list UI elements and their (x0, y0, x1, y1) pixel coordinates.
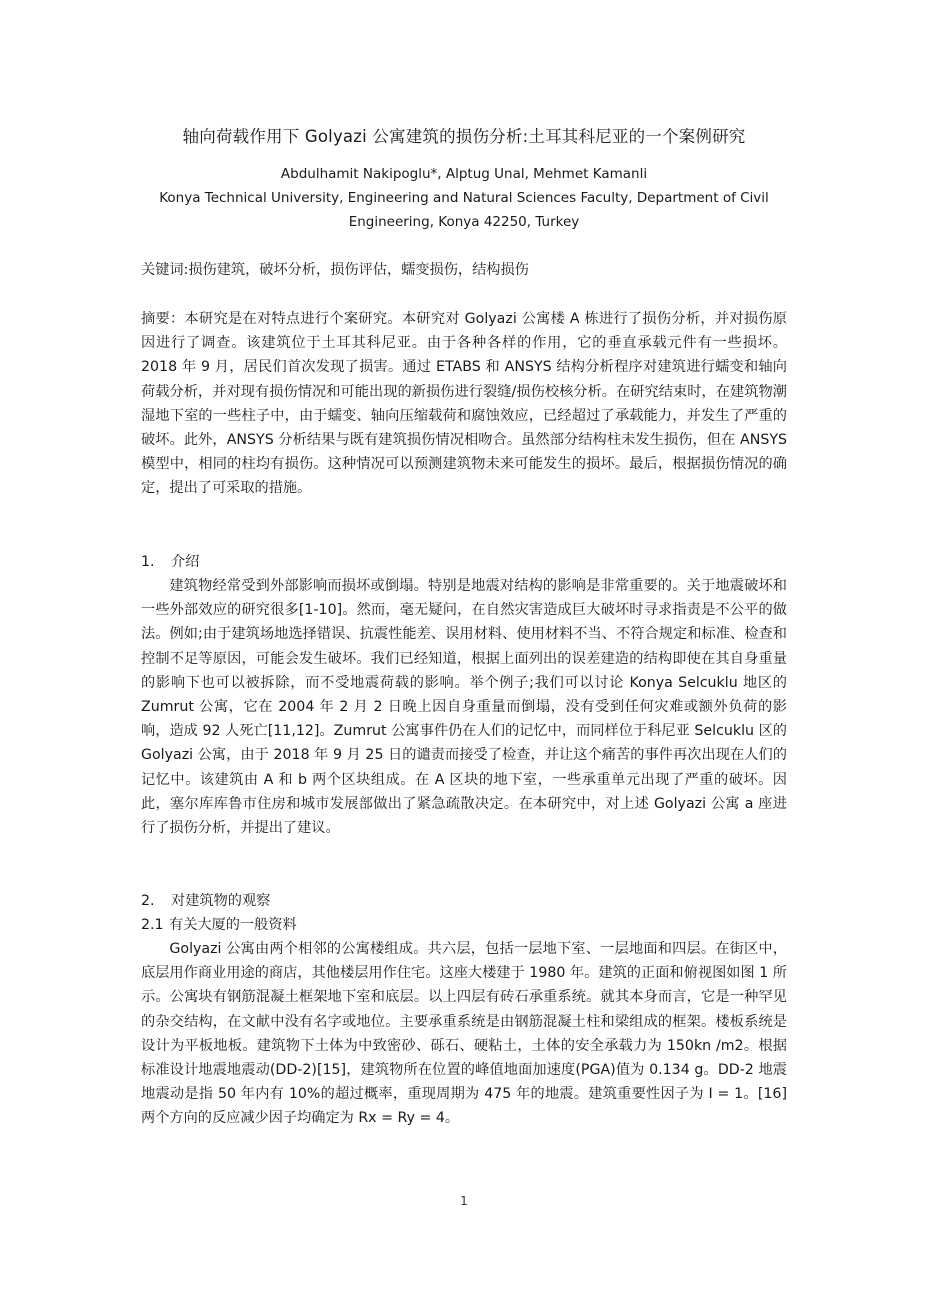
affiliation-line-1: Konya Technical University, Engineering … (141, 186, 787, 210)
section-title: 介绍 (171, 554, 199, 570)
section-heading-introduction: 1.介绍 (141, 550, 199, 574)
section-title: 对建筑物的观察 (171, 893, 270, 909)
page-number: 1 (141, 1194, 787, 1208)
general-info-body: Golyazi 公寓由两个相邻的公寓楼组成。共六层，包括一层地下室、一层地面和四… (141, 937, 787, 1131)
section-number: 2. (141, 889, 171, 913)
keywords-text: 关键词:损伤建筑，破坏分析，损伤评估，蠕变损伤，结构损伤 (141, 258, 787, 282)
section-number: 1. (141, 550, 171, 574)
subsection-heading-general-info: 2.1有关大厦的一般资料 (141, 913, 297, 937)
paper-title: 轴向荷载作用下 Golyazi 公寓建筑的损伤分析:土耳其科尼亚的一个案例研究 (141, 125, 787, 149)
subsection-number: 2.1 (141, 913, 169, 937)
introduction-body: 建筑物经常受到外部影响而损坏或倒塌。特别是地震对结构的影响是非常重要的。关于地震… (141, 574, 787, 840)
abstract: 摘要：本研究是在对特点进行个案研究。本研究对 Golyazi 公寓楼 A 栋进行… (141, 307, 787, 501)
introduction-paragraph: 建筑物经常受到外部影响而损坏或倒塌。特别是地震对结构的影响是非常重要的。关于地震… (141, 574, 787, 840)
paper-affiliation: Konya Technical University, Engineering … (141, 186, 787, 234)
general-info-paragraph: Golyazi 公寓由两个相邻的公寓楼组成。共六层，包括一层地下室、一层地面和四… (141, 937, 787, 1131)
subsection-title: 有关大厦的一般资料 (169, 917, 297, 933)
abstract-text: 摘要：本研究是在对特点进行个案研究。本研究对 Golyazi 公寓楼 A 栋进行… (141, 307, 787, 501)
affiliation-line-2: Engineering, Konya 42250, Turkey (141, 210, 787, 234)
keywords: 关键词:损伤建筑，破坏分析，损伤评估，蠕变损伤，结构损伤 (141, 258, 787, 282)
paper-authors: Abdulhamit Nakipoglu*, Alptug Unal, Mehm… (141, 162, 787, 186)
section-heading-observation: 2.对建筑物的观察 (141, 889, 270, 913)
